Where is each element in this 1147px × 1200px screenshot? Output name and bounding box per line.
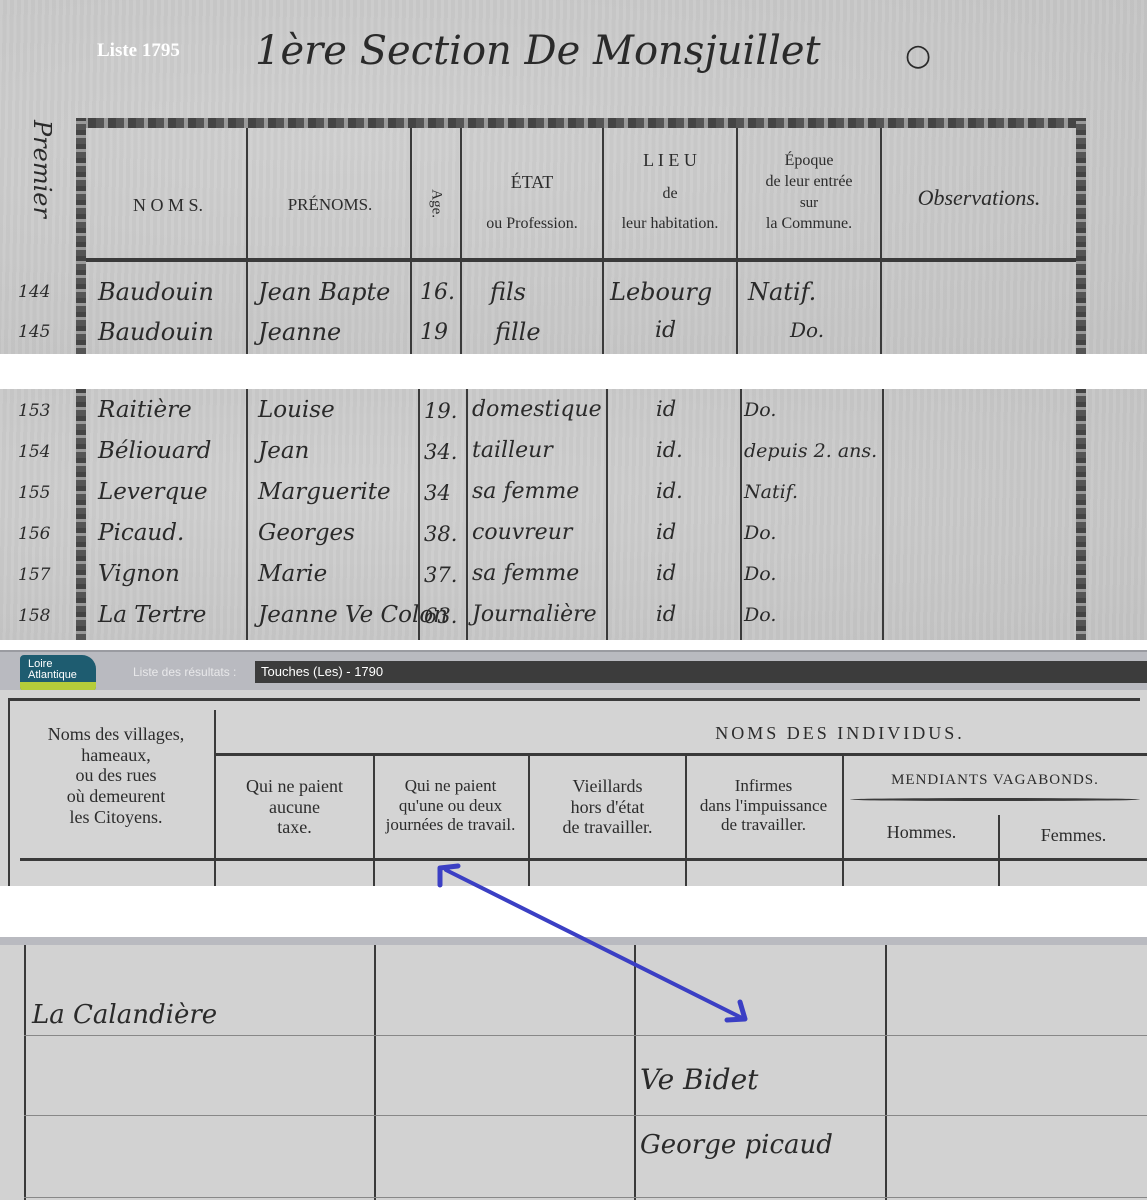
col-divider <box>885 945 887 1200</box>
villages-line: ou des rues <box>18 765 214 786</box>
row-etat: couvreur <box>472 520 572 545</box>
header-villages: Noms des villages, hameaux, ou des rues … <box>18 724 214 827</box>
row-nom: Raitière <box>98 397 192 423</box>
col-divider <box>606 389 608 640</box>
table-border-right <box>1076 389 1086 640</box>
col3-line: Vieillards <box>530 776 685 797</box>
col4-line: dans l'impuissance <box>685 796 842 816</box>
row-epoque: Natif. <box>748 278 816 306</box>
col-divider <box>460 128 462 354</box>
header-epoque-3: sur <box>738 195 880 212</box>
row-num: 155 <box>18 483 50 503</box>
row-lieu: id. <box>656 479 683 503</box>
col-divider <box>842 756 844 886</box>
row-age: 19. <box>424 399 457 423</box>
col2-line: Qui ne paient <box>373 776 528 796</box>
loire-atlantique-logo[interactable]: Loire Atlantique <box>20 655 96 691</box>
results-label: Liste des résultats : <box>133 665 236 679</box>
header-mendiants: MENDIANTS VAGABONDS. <box>845 772 1145 789</box>
circle-mark-icon: ○ <box>905 38 931 73</box>
row-num: 154 <box>18 442 50 462</box>
row-age: 34 <box>424 481 451 505</box>
villages-line: Noms des villages, <box>18 724 214 745</box>
row-rule <box>24 1035 1147 1036</box>
header-col2: Qui ne paient qu'une ou deux journées de… <box>373 776 528 835</box>
col4-line: de travailler. <box>685 815 842 835</box>
document-1795-rows: 153RaitièreLouise19.domestiqueidDo.154Bé… <box>0 389 1147 640</box>
row-num: 158 <box>18 606 50 626</box>
row-epoque: Do. <box>744 604 776 626</box>
row-lieu: id. <box>656 438 683 462</box>
row-age: 37. <box>424 563 457 587</box>
row-lieu: id <box>655 318 676 343</box>
header-col3: Vieillards hors d'état de travailler. <box>530 776 685 838</box>
entry-name-picaud: George picaud <box>640 1130 833 1160</box>
row-etat: fils <box>490 278 526 306</box>
row-num: 156 <box>18 524 50 544</box>
row-prenom: Georges <box>258 520 355 546</box>
row-nom: Leverque <box>98 479 208 505</box>
col1-line: aucune <box>216 797 373 818</box>
row-nom: Vignon <box>98 561 180 587</box>
table-border-left <box>76 118 86 354</box>
table-border-top <box>76 118 1086 128</box>
row-prenom: Jeanne <box>258 318 341 346</box>
row-epoque: Do. <box>744 399 776 421</box>
header-col1: Qui ne paient aucune taxe. <box>216 776 373 838</box>
row-etat: tailleur <box>472 438 553 463</box>
row-prenom: Louise <box>258 397 335 423</box>
header-epoque: Époque <box>738 152 880 170</box>
results-select[interactable]: Touches (Les) - 1790 <box>255 661 1147 683</box>
row-epoque: Do. <box>744 522 776 544</box>
margin-note: Premier <box>28 120 56 218</box>
row-nom: Picaud. <box>98 520 184 546</box>
row-age: 16. <box>420 280 455 305</box>
header-lieu-habitation: leur habitation. <box>604 215 736 233</box>
villages-line: hameaux, <box>18 745 214 766</box>
row-rule <box>24 1197 1147 1198</box>
row-prenom: Jean Bapte <box>258 278 390 306</box>
row-num: 153 <box>18 401 50 421</box>
row-lieu: id <box>656 397 676 421</box>
row-lieu: id <box>656 602 676 626</box>
row-etat: domestique <box>472 397 602 422</box>
logo-text-line2: Atlantique <box>28 670 77 681</box>
list-label: Liste 1795 <box>97 40 180 62</box>
row-epoque: depuis 2. ans. <box>744 440 877 462</box>
col2-line: qu'une ou deux <box>373 796 528 816</box>
row-etat: fille <box>495 318 541 346</box>
row-epoque: Natif. <box>744 481 798 503</box>
header-individus: NOMS DES INDIVIDUS. <box>600 723 1080 744</box>
row-prenom: Marguerite <box>258 479 391 505</box>
row-nom: Baudouin <box>98 318 214 346</box>
row-rule <box>24 1115 1147 1116</box>
row-prenom: Jean <box>258 438 309 464</box>
row-etat: sa femme <box>472 479 579 504</box>
row-etat: Journalière <box>472 602 597 627</box>
row-epoque: Do. <box>790 318 824 342</box>
header-epoque-4: la Commune. <box>738 215 880 233</box>
entry-village: La Calandière <box>32 1000 217 1030</box>
row-nom: Baudouin <box>98 278 214 306</box>
row-nom: Béliouard <box>98 438 211 464</box>
row-prenom: Jeanne Ve Colon <box>258 602 448 628</box>
villages-line: les Citoyens. <box>18 807 214 828</box>
col3-line: de travailler. <box>530 817 685 838</box>
document-1790-header: Noms des villages, hameaux, ou des rues … <box>0 690 1147 886</box>
row-prenom: Marie <box>258 561 327 587</box>
col-divider <box>740 389 742 640</box>
header-bottom-rule <box>20 858 1147 861</box>
col2-line: journées de travail. <box>373 815 528 835</box>
row-age: 19 <box>420 320 448 345</box>
row-number: 144 <box>18 282 50 302</box>
row-age: 38. <box>424 522 457 546</box>
document-1790-entries: La Calandière Ve Bidet George picaud <box>0 937 1147 1200</box>
col-divider <box>466 389 468 640</box>
col-divider <box>246 128 248 354</box>
header-lieu: L I E U <box>604 150 736 171</box>
section-title: 1ère Section De Monsjuillet <box>255 28 821 74</box>
row-lieu: id <box>656 520 676 544</box>
header-prenoms: PRÉNOMS. <box>250 195 410 215</box>
row-age: 63. <box>424 604 457 628</box>
col-divider <box>882 389 884 640</box>
header-femmes: Femmes. <box>1000 825 1147 846</box>
row-age: 34. <box>424 440 457 464</box>
header-noms: N O M S. <box>90 195 246 216</box>
col-divider <box>8 698 10 886</box>
col-divider <box>410 128 412 354</box>
header-col4: Infirmes dans l'impuissance de travaille… <box>685 776 842 835</box>
entry-name-bidet: Ve Bidet <box>640 1063 758 1096</box>
header-observations: Observations. <box>882 185 1076 210</box>
col-divider <box>246 389 248 640</box>
header-hommes: Hommes. <box>845 822 998 843</box>
header-etat-sub: ou Profession. <box>463 215 601 233</box>
villages-line: où demeurent <box>18 786 214 807</box>
row-epoque: Do. <box>744 563 776 585</box>
col-divider <box>24 945 26 1200</box>
brace <box>850 798 1140 801</box>
row-nom: La Tertre <box>98 602 206 628</box>
col3-line: hors d'état <box>530 797 685 818</box>
viewer-toolbar: Loire Atlantique Liste des résultats : T… <box>0 650 1147 690</box>
col1-line: Qui ne paient <box>216 776 373 797</box>
top-rule <box>10 698 1140 701</box>
row-lieu: id <box>656 561 676 585</box>
row-number: 145 <box>18 322 50 342</box>
table-border-right <box>1076 118 1086 354</box>
individus-rule <box>216 753 1147 756</box>
header-divider <box>86 258 1076 262</box>
col4-line: Infirmes <box>685 776 842 796</box>
row-num: 157 <box>18 565 50 585</box>
header-etat: ÉTAT <box>463 172 601 193</box>
header-age: Age. <box>427 181 444 227</box>
row-etat: sa femme <box>472 561 579 586</box>
header-lieu-de: de <box>604 185 736 203</box>
col-divider <box>880 128 882 354</box>
table-border-left <box>76 389 86 640</box>
document-1795-top: Liste 1795 1ère Section De Monsjuillet ○… <box>0 0 1147 354</box>
col-divider <box>374 945 376 1200</box>
col1-line: taxe. <box>216 817 373 838</box>
header-epoque-2: de leur entrée <box>738 173 880 191</box>
row-lieu: Lebourg <box>610 278 712 306</box>
col-divider <box>634 945 636 1200</box>
